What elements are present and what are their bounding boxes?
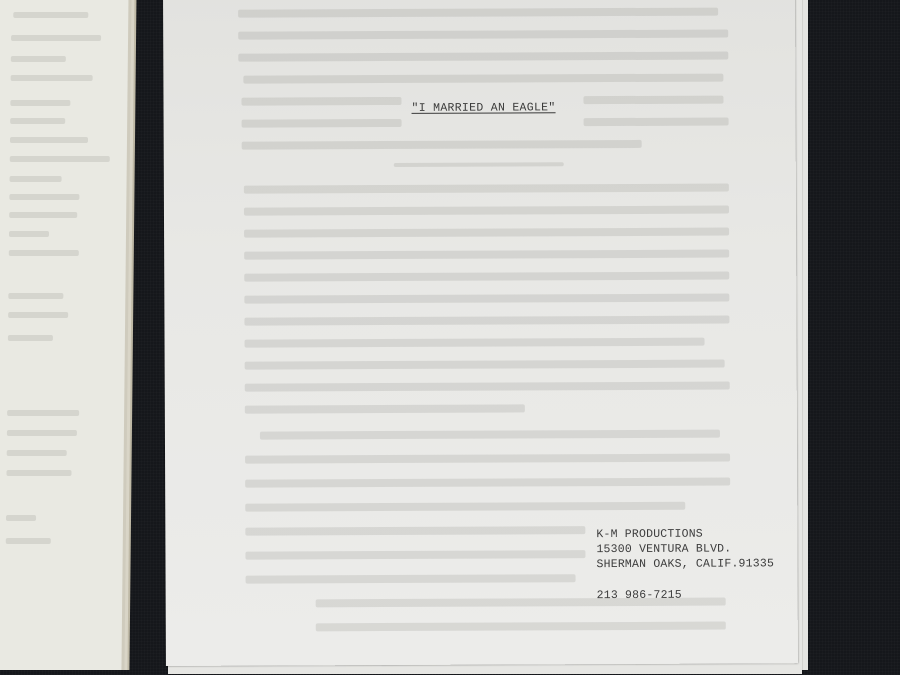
left-adjacent-page — [0, 0, 129, 670]
company-name: K-M PRODUCTIONS — [596, 526, 774, 542]
phone-number: 213 986-7215 — [597, 587, 775, 603]
contact-block: K-M PRODUCTIONS 15300 VENTURA BLVD. SHER… — [596, 526, 774, 603]
document-title: "I MARRIED AN EAGLE" — [411, 101, 555, 115]
city-state-zip: SHERMAN OAKS, CALIF.91335 — [596, 556, 774, 572]
street-address: 15300 VENTURA BLVD. — [596, 541, 774, 557]
main-document-page: "I MARRIED AN EAGLE" K-M PRODUCTIONS 153… — [163, 0, 798, 666]
